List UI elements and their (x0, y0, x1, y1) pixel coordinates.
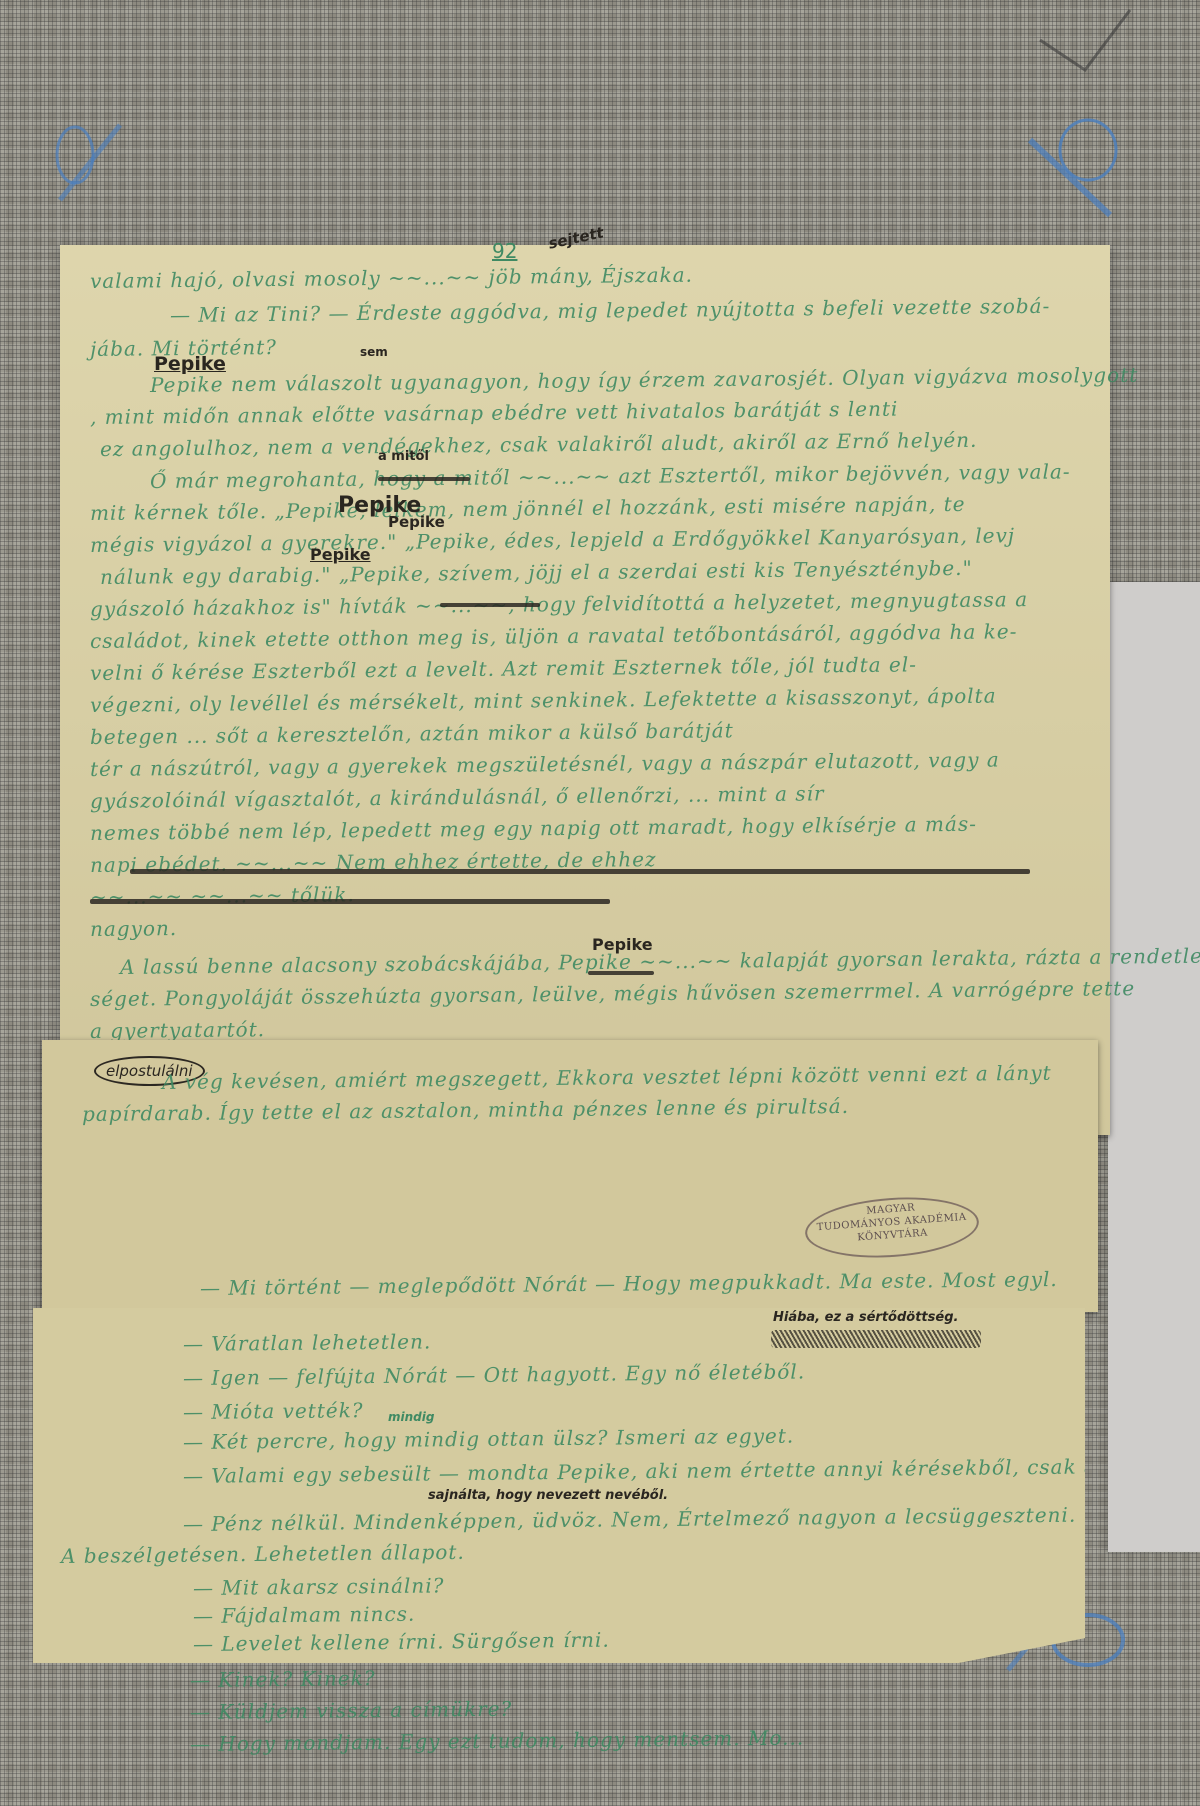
strikethrough (130, 869, 1030, 874)
correction-pepike: Pepike (154, 353, 226, 375)
manuscript-line: gyászoló házakhoz is" hívták ~~...~~, ho… (90, 587, 1028, 621)
manuscript-line: — Hogy mondjam. Egy ezt tudom, hogy ment… (190, 1726, 804, 1756)
correction-pepike: Pepike (388, 513, 445, 531)
correction-insertion: Hiába, ez a sértődöttség. (773, 1310, 958, 1325)
correction-insertion: sejtett (547, 223, 605, 252)
manuscript-line: — Küldjem vissza a címükre? (190, 1697, 513, 1724)
manuscript-line: betegen ... sőt a keresztelőn, aztán mik… (90, 718, 734, 749)
correction-insertion: sajnálta, hogy nevezett nevéből. (428, 1488, 668, 1503)
strikethrough (90, 899, 610, 904)
correction-insertion: mindig (388, 1410, 434, 1424)
strikethrough (440, 603, 540, 607)
manuscript-line: — Váratlan lehetetlen. (183, 1329, 432, 1356)
correction-insertion: sem (360, 345, 388, 359)
manuscript-line: velni ő kérése Eszterből ezt a levelt. A… (90, 652, 917, 685)
strikethrough (588, 971, 654, 975)
manuscript-line: — Mióta vették? (183, 1398, 364, 1424)
manuscript-line: Pepike nem válaszolt ugyanagyon, hogy íg… (150, 363, 1138, 397)
manuscript-line: ez angolulhoz, nem a vendégekhez, csak v… (100, 428, 978, 461)
manuscript-line: — Mit akarsz csinálni? (193, 1573, 445, 1600)
manuscript-line: — Valami egy sebesült — mondta Pepike, a… (183, 1453, 1200, 1488)
manuscript-line: A lassú benne alacsony szobácskájába, Pe… (120, 943, 1200, 979)
manuscript-line: végezni, oly levéllel és mérsékelt, mint… (90, 684, 997, 717)
correction-insertion: a mitől (378, 449, 429, 464)
manuscript-line: — Kinek? Kinek? (190, 1666, 376, 1692)
manuscript-line: nagyon. (90, 916, 177, 941)
manuscript-line: A vég kevésen, amiért megszegett, Ekkora… (162, 1061, 1052, 1094)
scribble-out (771, 1330, 981, 1348)
manuscript-line: ~~...~~ ~~...~~ tőlük. (90, 882, 355, 909)
manuscript-line: — Két percre, hogy mindig ottan ülsz? Is… (183, 1424, 794, 1454)
manuscript-line: — Pénz nélkül. Mindenképpen, üdvöz. Nem,… (183, 1503, 1076, 1536)
lower-paper-slip: — Váratlan lehetetlen. Hiába, ez a sértő… (33, 1308, 1085, 1663)
blue-crayon-mark-top-right (1010, 0, 1180, 230)
manuscript-line: Ő már megrohanta, hogy a mitől ~~...~~ a… (150, 459, 1071, 493)
manuscript-line: , mint midőn annak előtte vasárnap ebédr… (90, 397, 899, 429)
manuscript-line: nemes többé nem lép, lepedett meg egy na… (90, 812, 977, 845)
blue-crayon-mark-top-left (40, 100, 140, 230)
manuscript-line: mit kérnek tőle. „Pepike, lelkem, nem jö… (90, 492, 966, 525)
correction-pepike: Pepike (592, 935, 653, 954)
manuscript-line: — Mi az Tini? — Érdeste aggódva, mig lep… (170, 294, 1051, 327)
page-number: 92 (492, 239, 517, 263)
white-backing-card (1108, 582, 1200, 1552)
manuscript-line: gyászolóinál vígasztalót, a kirándulásná… (90, 781, 825, 813)
manuscript-line: nálunk egy darabig." „Pepike, szívem, jö… (100, 556, 973, 589)
strikethrough (378, 477, 470, 481)
correction-pepike: Pepike (310, 545, 371, 564)
manuscript-line: tér a nászútról, vagy a gyerekek megszül… (90, 747, 1000, 781)
manuscript-line: papírdarab. Így tette el az asztalon, mi… (82, 1094, 849, 1126)
main-manuscript-sheet: 92 sejtett valami hajó, olvasi mosoly ~~… (60, 245, 1110, 1135)
manuscript-line: mégis vigyázol a gyerekre." „Pepike, éde… (90, 523, 1015, 557)
manuscript-line: — Levelet kellene írni. Sürgősen írni. (193, 1628, 610, 1656)
manuscript-line: családot, kinek etette otthon meg is, ül… (90, 619, 1018, 653)
manuscript-line: valami hajó, olvasi mosoly ~~...~~ jöb m… (90, 263, 693, 293)
manuscript-line: — Fájdalmam nincs. (193, 1602, 416, 1628)
manuscript-line: — Igen — felfújta Nórát — Ott hagyott. E… (183, 1359, 805, 1390)
manuscript-line: séget. Pongyoláját összehúzta gyorsan, l… (90, 976, 1135, 1011)
manuscript-line: A beszélgetésen. Lehetetlen állapot. (61, 1540, 465, 1568)
